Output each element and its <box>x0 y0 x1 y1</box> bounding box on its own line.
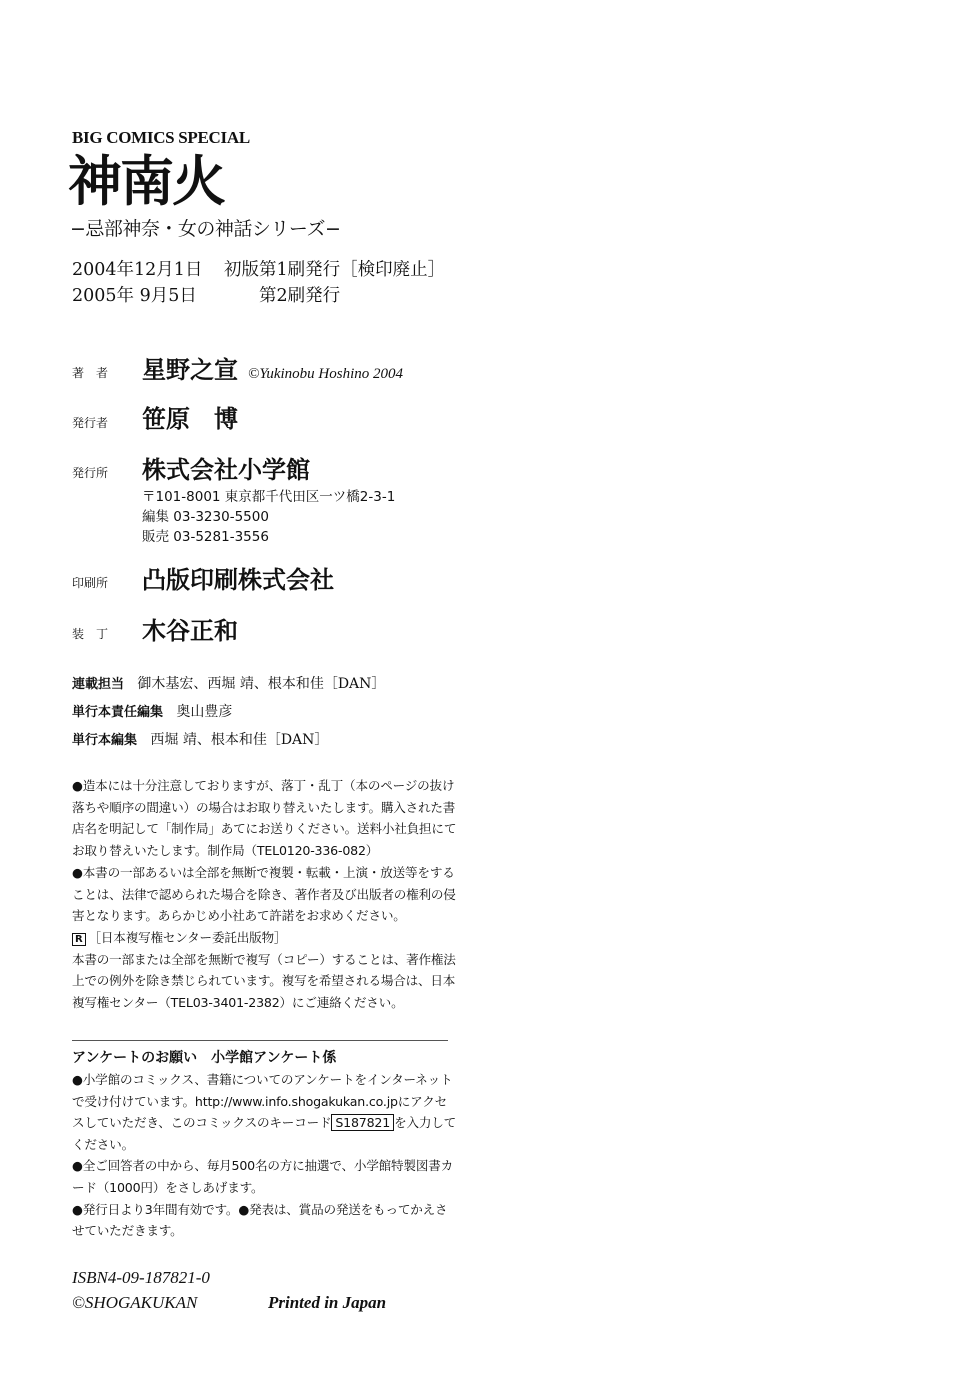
staff-label: 単行本責任編集 <box>72 705 163 720</box>
staff-label: 連載担当 <box>72 677 124 692</box>
publisher-editorial-tel: 編集 03-3230-5500 <box>142 507 269 527</box>
survey-heading: アンケートのお願い 小学館アンケート係 <box>72 1047 336 1067</box>
author-name: 星野之宣©Yukinobu Hoshino 2004 <box>142 356 403 388</box>
staff-row-chief-editor: 単行本責任編集 奥山豊彦 <box>72 701 232 721</box>
book-title: 神南火 <box>68 152 224 212</box>
author-copyright: ©Yukinobu Hoshino 2004 <box>248 366 403 382</box>
author-label: 著 者 <box>72 364 108 381</box>
publisher-name: 株式会社小学館 <box>142 456 310 484</box>
publisher-label: 発行所 <box>72 464 108 481</box>
edition-first: 2004年12月1日初版第1刷発行［検印廃止］ <box>72 256 445 281</box>
isbn: ISBN4-09-187821-0 <box>72 1268 210 1288</box>
printer-label: 印刷所 <box>72 574 108 591</box>
series-name: BIG COMICS SPECIAL <box>72 128 250 148</box>
publisher-sales-tel: 販売 03-5281-3556 <box>142 527 269 547</box>
publisher-address: 〒101-8001 東京都千代田区一ツ橋2-3-1 <box>142 487 395 507</box>
divider <box>72 1040 448 1041</box>
edition-second: 2005年 9月5日 第2刷発行 <box>72 282 340 307</box>
book-subtitle: −忌部神奈・女の神話シリーズ− <box>70 214 340 241</box>
staff-label: 単行本編集 <box>72 733 137 748</box>
notice-jrrc: R［日本複写権センター委託出版物］ <box>72 927 458 949</box>
edition-date: 2005年 9月5日 <box>72 282 224 307</box>
design-name: 木谷正和 <box>142 617 238 645</box>
edition-date: 2004年12月1日 <box>72 256 224 281</box>
survey-validity: ●発行日より3年間有効です。●発表は、賞品の発送をもってかえさせていただきます。 <box>72 1199 458 1242</box>
notice-jrrc-text: ［日本複写権センター委託出版物］ <box>89 930 287 945</box>
edition-note: 初版第1刷発行［検印廃止］ <box>224 260 445 280</box>
legal-notice: ●造本には十分注意しておりますが、落丁・乱丁（本のページの抜け落ちや順序の間違い… <box>72 775 458 1014</box>
survey-body: ●小学館のコミックス、書籍についてのアンケートをインターネットで受け付けています… <box>72 1069 458 1242</box>
staff-value: 西堀 靖、根本和佳［DAN］ <box>150 732 328 748</box>
printer-name: 凸版印刷株式会社 <box>142 566 334 594</box>
survey-instructions: ●小学館のコミックス、書籍についてのアンケートをインターネットで受け付けています… <box>72 1069 458 1155</box>
printed-in: Printed in Japan <box>268 1293 386 1313</box>
survey-prize: ●全ご回答者の中から、毎月500名の方に抽選で、小学館特製図書カード（1000円… <box>72 1155 458 1198</box>
staff-value: 御木基宏、西堀 靖、根本和佳［DAN］ <box>137 676 385 692</box>
staff-row-editor: 単行本編集 西堀 靖、根本和佳［DAN］ <box>72 729 328 749</box>
edition-note: 第2刷発行 <box>224 286 340 306</box>
key-code: S187821 <box>331 1114 394 1131</box>
notice-photocopy: 本書の一部または全部を無断で複写（コピー）することは、著作権法上での例外を除き禁… <box>72 949 458 1014</box>
staff-row-serial: 連載担当 御木基宏、西堀 靖、根本和佳［DAN］ <box>72 673 385 693</box>
notice-defects: ●造本には十分注意しておりますが、落丁・乱丁（本のページの抜け落ちや順序の間違い… <box>72 775 458 862</box>
publisher-person-label: 発行者 <box>72 414 108 431</box>
publisher-person-name: 笹原 博 <box>142 405 238 433</box>
publisher-copyright: ©SHOGAKUKAN <box>72 1293 197 1313</box>
registered-r-icon: R <box>72 933 86 946</box>
design-label: 装 丁 <box>72 625 108 642</box>
notice-copyright: ●本書の一部あるいは全部を無断で複製・転載・上演・放送等をすることは、法律で認め… <box>72 862 458 927</box>
author-value: 星野之宣 <box>142 355 238 384</box>
staff-value: 奥山豊彦 <box>176 704 232 720</box>
